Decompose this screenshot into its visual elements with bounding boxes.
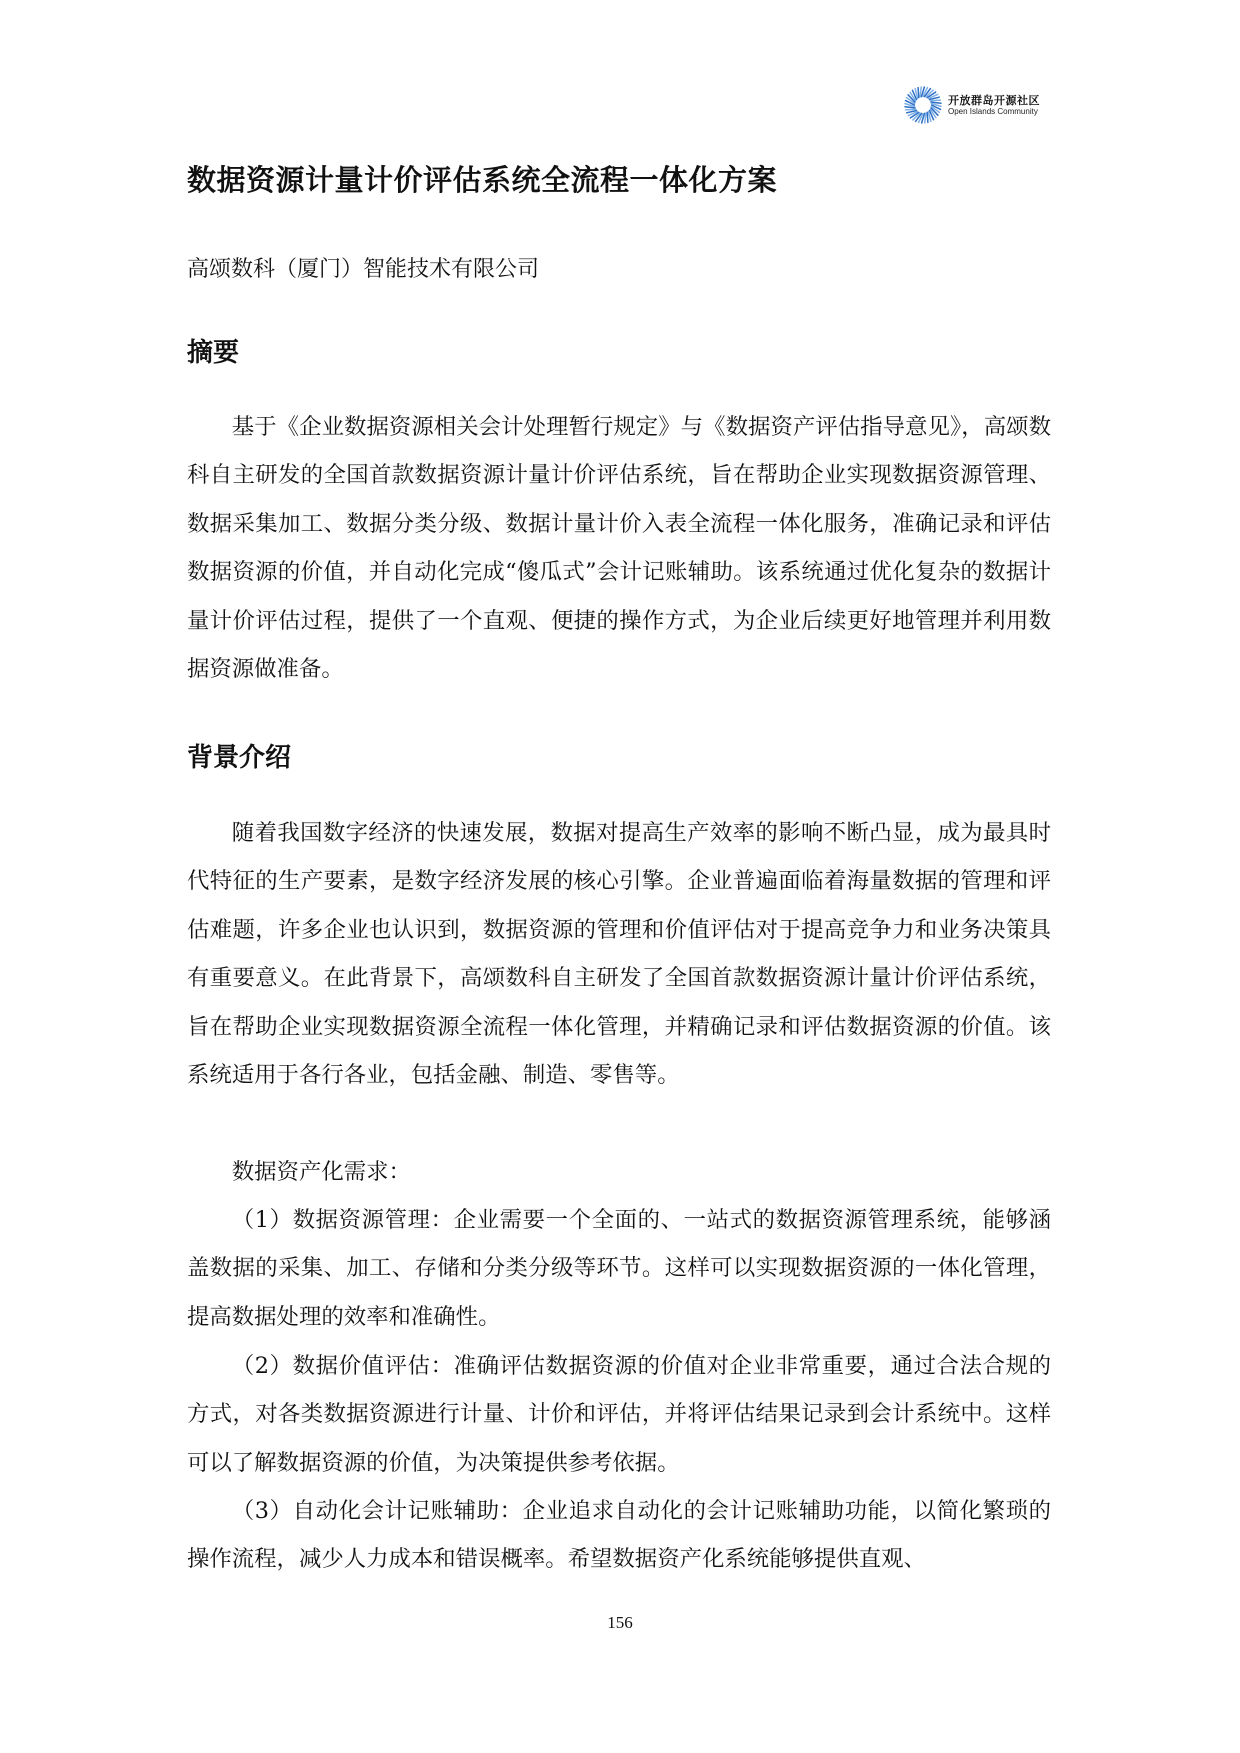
requirement-item-1: （1）数据资源管理：企业需要一个全面的、一站式的数据资源管理系统，能够涵盖数据的… [187, 1196, 1051, 1341]
requirement-item-2: （2）数据价值评估：准确评估数据资源的价值对企业非常重要，通过合法合规的方式，对… [187, 1342, 1051, 1487]
page-number: 156 [0, 1613, 1240, 1633]
background-paragraph: 随着我国数字经济的快速发展，数据对提高生产效率的影响不断凸显，成为最具时代特征的… [187, 809, 1051, 1099]
logo-text: 开放群岛开源社区 Open Islands Community [948, 94, 1040, 117]
logo-name-cn: 开放群岛开源社区 [948, 94, 1040, 107]
section-heading-background: 背景介绍 [187, 737, 291, 774]
requirements-intro: 数据资产化需求： [187, 1148, 1051, 1196]
document-title: 数据资源计量计价评估系统全流程一体化方案 [187, 158, 777, 199]
document-author: 高颂数科（厦门）智能技术有限公司 [187, 252, 539, 283]
sunburst-logo-icon [904, 86, 942, 124]
header-logo: 开放群岛开源社区 Open Islands Community [904, 86, 1040, 124]
logo-name-en: Open Islands Community [948, 107, 1040, 117]
requirement-item-3: （3）自动化会计记账辅助：企业追求自动化的会计记账辅助功能，以简化繁琐的操作流程… [187, 1487, 1051, 1584]
abstract-paragraph: 基于《企业数据资源相关会计处理暂行规定》与《数据资产评估指导意见》，高颂数科自主… [187, 403, 1051, 693]
section-heading-abstract: 摘要 [187, 332, 239, 369]
